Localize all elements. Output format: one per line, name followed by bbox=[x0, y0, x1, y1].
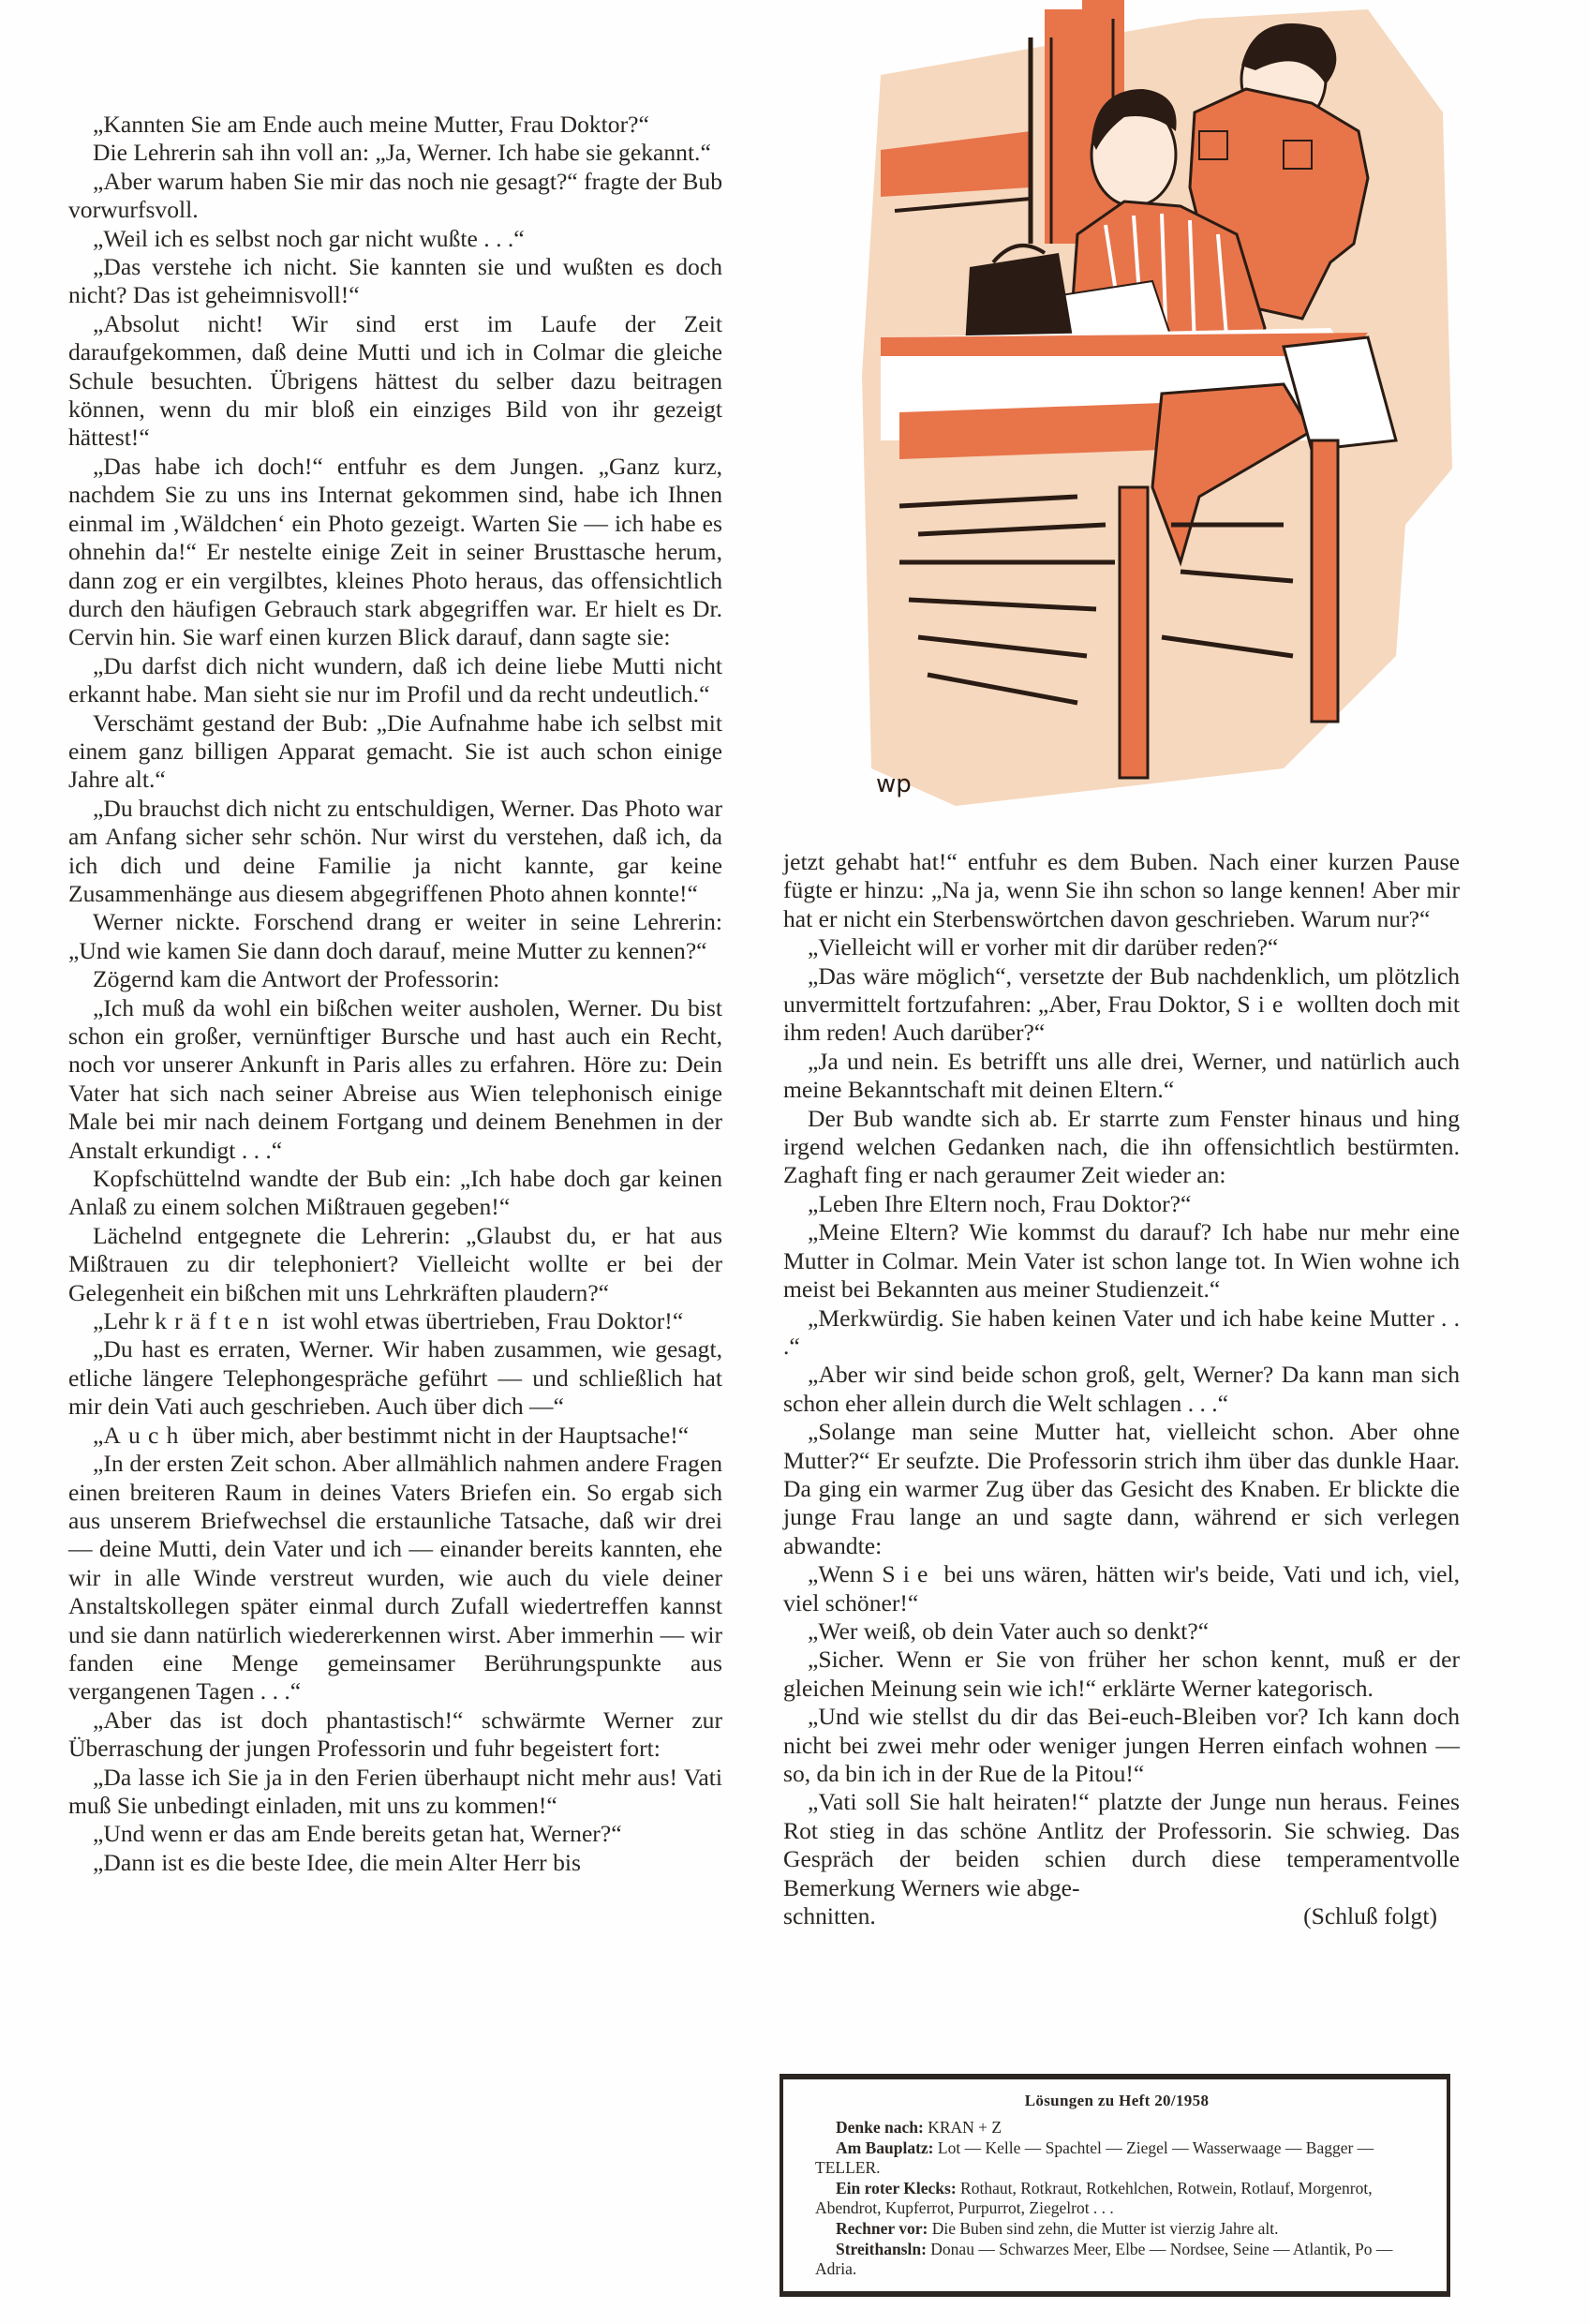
paragraph: „Kannten Sie am Ende auch meine Mutter, … bbox=[68, 111, 722, 139]
story-illustration: wp bbox=[843, 0, 1499, 843]
spaced-emphasis: Sie bbox=[882, 1560, 935, 1587]
paragraph: „Aber wir sind beide schon groß, gelt, W… bbox=[783, 1361, 1460, 1418]
paragraph: „Lehr kräften ist wohl etwas übertrieben… bbox=[68, 1307, 722, 1335]
paragraph: Werner nickte. Forschend drang er weiter… bbox=[68, 908, 722, 965]
paragraph: „Wer weiß, ob dein Vater auch so denkt?“ bbox=[783, 1617, 1460, 1646]
puzzle-solutions-box: Lösungen zu Heft 20/1958 Denke nach: KRA… bbox=[780, 2074, 1450, 2297]
solution-label: Ein roter Klecks: bbox=[836, 2179, 957, 2197]
solution-label: Rechner vor: bbox=[836, 2219, 928, 2238]
paragraph: „Vati soll Sie halt heiraten!“ platzte d… bbox=[783, 1788, 1460, 1902]
paragraph: „Weil ich es selbst noch gar nicht wußte… bbox=[68, 225, 722, 253]
paragraph: „Ich muß da wohl ein bißchen weiter aush… bbox=[68, 994, 722, 1165]
article-column-left: „Kannten Sie am Ende auch meine Mutter, … bbox=[68, 111, 722, 1877]
paragraph: „Meine Eltern? Wie kommst du darauf? Ich… bbox=[783, 1218, 1460, 1304]
solutions-title: Lösungen zu Heft 20/1958 bbox=[815, 2091, 1418, 2110]
paragraph: „Das habe ich doch!“ entfuhr es dem Jung… bbox=[68, 453, 722, 652]
solution-label: Am Bauplatz: bbox=[836, 2138, 934, 2157]
paragraph: „Aber das ist doch phantastisch!“ schwär… bbox=[68, 1706, 722, 1764]
paragraph: „Und wenn er das am Ende bereits getan h… bbox=[68, 1820, 722, 1848]
solution-item: Denke nach: KRAN + Z bbox=[794, 2118, 1418, 2138]
paragraph: „Das wäre möglich“, versetzte der Bub na… bbox=[783, 962, 1460, 1048]
paragraph: „Aber warum haben Sie mir das noch nie g… bbox=[68, 168, 722, 225]
paragraph: „Das verstehe ich nicht. Sie kannten sie… bbox=[68, 253, 722, 310]
paragraph: „Da lasse ich Sie ja in den Ferien überh… bbox=[68, 1764, 722, 1821]
artist-signature: wp bbox=[876, 770, 912, 798]
solution-item: Am Bauplatz: Lot — Kelle — Spachtel — Zi… bbox=[794, 2138, 1418, 2178]
paragraph: „Ja und nein. Es betrifft uns alle drei,… bbox=[783, 1048, 1460, 1105]
paragraph: „Sicher. Wenn er Sie von früher her scho… bbox=[783, 1646, 1460, 1703]
text-run: „Wenn bbox=[808, 1560, 882, 1587]
text-run: über mich, aber bestimmt nicht in der Ha… bbox=[186, 1422, 690, 1449]
paragraph: Verschämt gestand der Bub: „Die Aufnahme… bbox=[68, 709, 722, 795]
paragraph: Die Lehrerin sah ihn voll an: „Ja, Werne… bbox=[68, 139, 722, 167]
text-run: „Lehr bbox=[93, 1307, 155, 1334]
spaced-emphasis: Sie bbox=[1237, 991, 1290, 1018]
paragraph: „Merkwürdig. Sie haben keinen Vater und … bbox=[783, 1304, 1460, 1362]
paragraph: „Absolut nicht! Wir sind erst im Laufe d… bbox=[68, 310, 722, 453]
paragraph: Kopfschüttelnd wandte der Bub ein: „Ich … bbox=[68, 1165, 722, 1222]
paragraph-continuation: jetzt gehabt hat!“ entfuhr es dem Buben.… bbox=[783, 848, 1460, 933]
solution-label: Streithansln: bbox=[836, 2240, 927, 2258]
paragraph: „Auch über mich, aber bestimmt nicht in … bbox=[68, 1422, 722, 1450]
solution-text: Die Buben sind zehn, die Mutter ist vier… bbox=[932, 2219, 1279, 2238]
spaced-emphasis: Auch bbox=[103, 1422, 186, 1449]
paragraph: „Leben Ihre Eltern noch, Frau Doktor?“ bbox=[783, 1190, 1460, 1218]
paragraph: „In der ersten Zeit schon. Aber allmähli… bbox=[68, 1450, 722, 1706]
paragraph: „Wenn Sie bei uns wären, hätten wir's be… bbox=[783, 1560, 1460, 1617]
illustration-artwork: wp bbox=[843, 0, 1499, 843]
article-ending: schnitten. (Schluß folgt) bbox=[783, 1902, 1460, 1930]
paragraph: „Und wie stellst du dir das Bei-euch-Ble… bbox=[783, 1703, 1460, 1788]
paragraph: „Du brauchst dich nicht zu entschuldigen… bbox=[68, 795, 722, 909]
paragraph: Lächelnd entgegnete die Lehrerin: „Glaub… bbox=[68, 1222, 722, 1307]
spaced-emphasis: kräften bbox=[155, 1307, 276, 1334]
solution-text: KRAN + Z bbox=[928, 2118, 1002, 2137]
paragraph: Der Bub wandte sich ab. Er starrte zum F… bbox=[783, 1105, 1460, 1190]
solution-label: Denke nach: bbox=[836, 2118, 924, 2137]
text-run: ist wohl etwas übertrieben, Frau Doktor!… bbox=[276, 1307, 683, 1334]
paragraph: „Du darfst dich nicht wundern, daß ich d… bbox=[68, 652, 722, 709]
article-column-right: jetzt gehabt hat!“ entfuhr es dem Buben.… bbox=[783, 848, 1460, 1930]
last-line: schnitten. bbox=[783, 1902, 876, 1930]
paragraph: „Dann ist es die beste Idee, die mein Al… bbox=[68, 1849, 722, 1877]
solution-item: Streithansln: Donau — Schwarzes Meer, El… bbox=[794, 2240, 1418, 2279]
paragraph: Zögernd kam die Antwort der Professorin: bbox=[68, 965, 722, 993]
solution-item: Rechner vor: Die Buben sind zehn, die Mu… bbox=[794, 2219, 1418, 2239]
paragraph: „Solange man seine Mutter hat, vielleich… bbox=[783, 1418, 1460, 1560]
paragraph: „Vielleicht will er vorher mit dir darüb… bbox=[783, 933, 1460, 961]
text-run: „ bbox=[93, 1422, 103, 1449]
solution-item: Ein roter Klecks: Rothaut, Rotkraut, Rot… bbox=[794, 2179, 1418, 2218]
to-be-continued: (Schluß folgt) bbox=[1303, 1902, 1460, 1930]
paragraph: „Du hast es erraten, Werner. Wir haben z… bbox=[68, 1335, 722, 1421]
